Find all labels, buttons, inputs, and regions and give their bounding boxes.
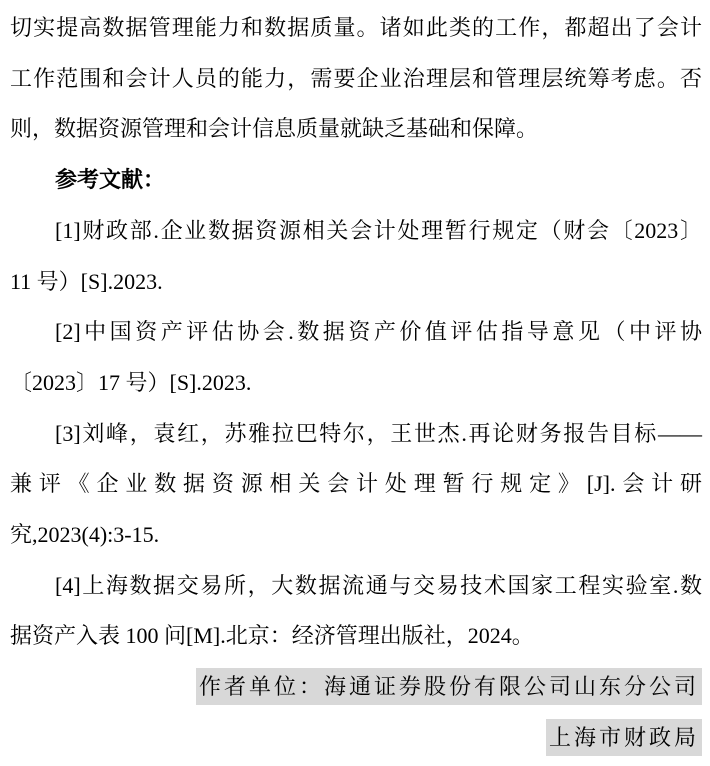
- reference-entry-line: 据资产入表 100 问[M].北京：经济管理出版社，2024。: [10, 611, 702, 662]
- reference-entry-line: 兼评《企业数据资源相关会计处理暂行规定》[J].会计研: [10, 459, 702, 510]
- reference-entry-line: [2]中国资产评估协会.数据资产价值评估指导意见（中评协: [10, 307, 702, 358]
- reference-entry-line: 〔2023〕17 号）[S].2023.: [10, 358, 702, 409]
- document-page: 切实提高数据管理能力和数据质量。诸如此类的工作，都超出了会计 工作范围和会计人员…: [0, 0, 710, 766]
- body-line: 工作范围和会计人员的能力，需要企业治理层和管理层统筹考虑。否: [10, 54, 702, 105]
- body-line: 切实提高数据管理能力和数据质量。诸如此类的工作，都超出了会计: [10, 3, 702, 54]
- reference-entry-line: [3]刘峰，袁红，苏雅拉巴特尔，王世杰.再论财务报告目标——: [10, 409, 702, 460]
- author-affiliation-line: 作者单位：海通证券股份有限公司山东分公司: [10, 662, 702, 713]
- references-heading: 参考文献：: [10, 155, 702, 206]
- author-affiliation-line: 上海市财政局: [10, 713, 702, 764]
- reference-entry-line: [1]财政部.企业数据资源相关会计处理暂行规定（财会〔2023〕: [10, 206, 702, 257]
- reference-entry-line: [4]上海数据交易所，大数据流通与交易技术国家工程实验室.数: [10, 561, 702, 612]
- body-line: 则，数据资源管理和会计信息质量就缺乏基础和保障。: [10, 104, 702, 155]
- reference-entry-line: 究,2023(4):3-15.: [10, 510, 702, 561]
- highlighted-affiliation-text: 上海市财政局: [546, 719, 702, 756]
- highlighted-affiliation-text: 作者单位：海通证券股份有限公司山东分公司: [196, 668, 702, 705]
- reference-entry-line: 11 号）[S].2023.: [10, 257, 702, 308]
